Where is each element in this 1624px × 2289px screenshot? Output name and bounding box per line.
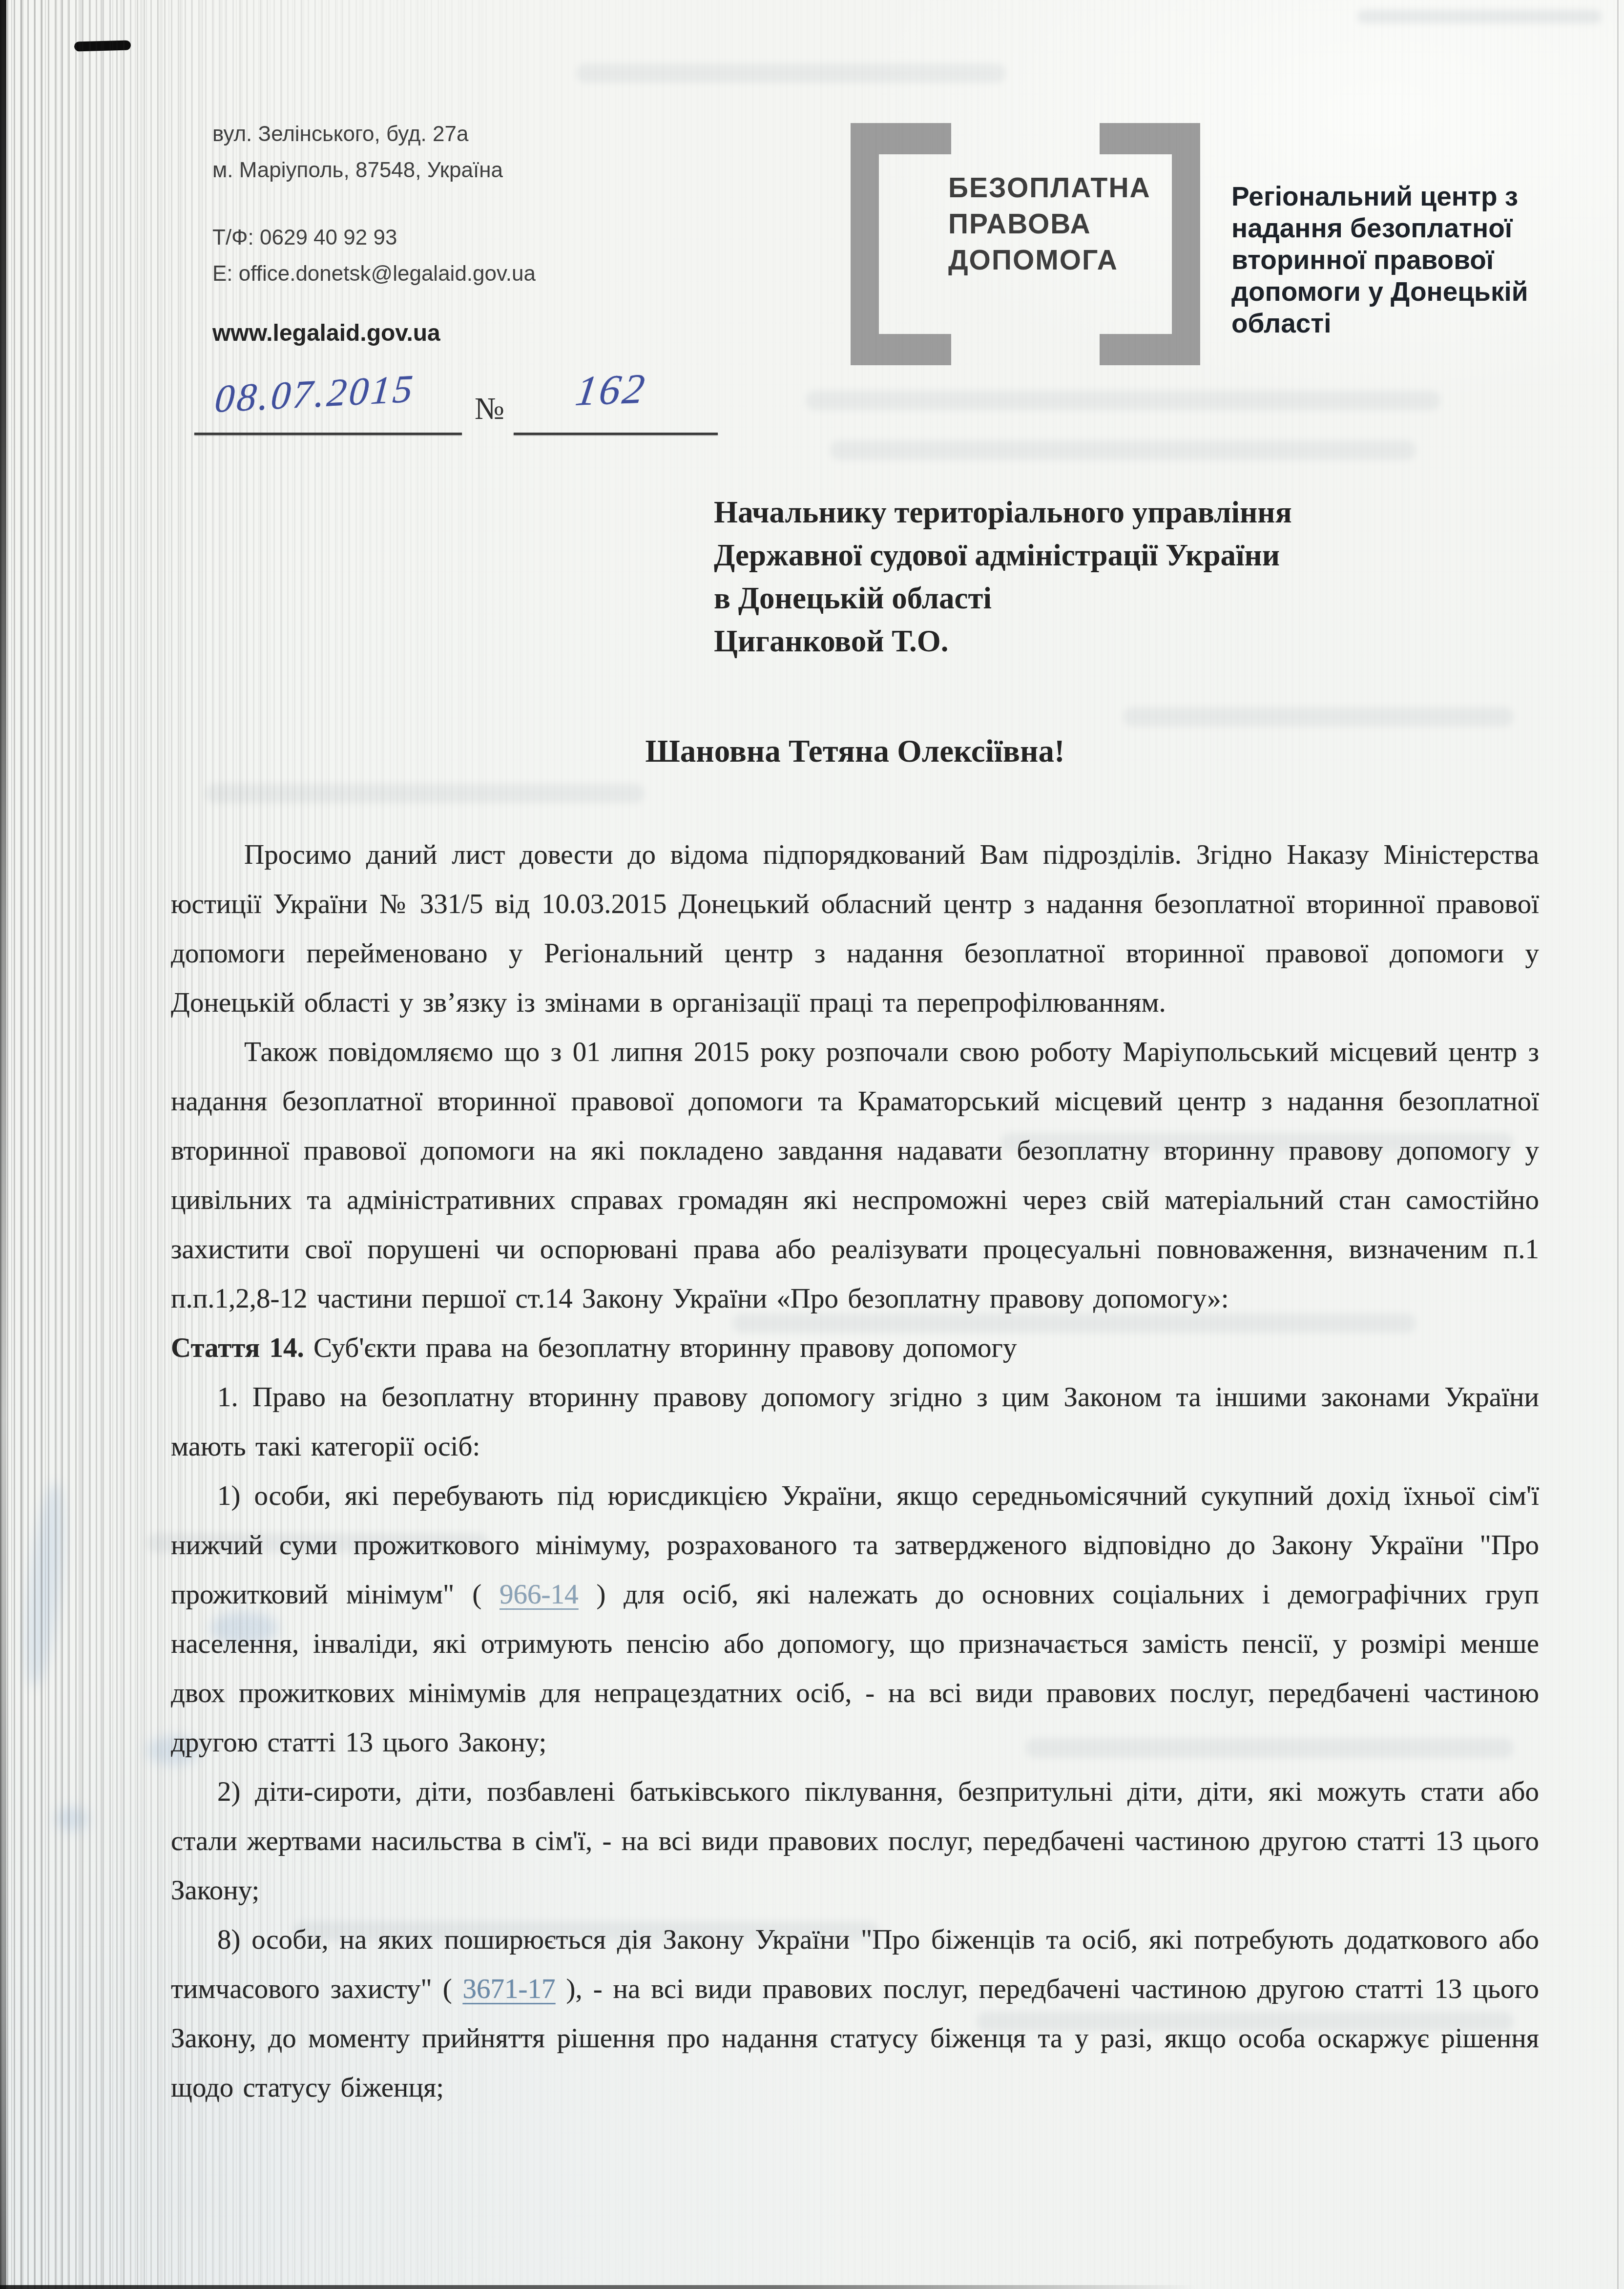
logo-line: БЕЗОПЛАТНА — [948, 170, 1151, 206]
article-14-item-2: 2) діти-сироти, діти, позбавлені батьків… — [171, 1767, 1539, 1915]
recipient-line: в Донецькій області — [714, 577, 1292, 620]
recipient-line: Начальнику територіального управління — [714, 491, 1292, 534]
law-reference-966-14: 966-14 — [500, 1579, 578, 1610]
handwritten-number: 162 — [573, 364, 650, 416]
organization-name: Регіональний центр з надання безоплатної… — [1231, 181, 1617, 339]
bleed-through-artifact — [576, 63, 1006, 83]
sender-phone: Т/Ф: 0629 40 92 93 — [212, 226, 397, 250]
date-underline — [194, 433, 462, 435]
scan-mark-artifact — [74, 40, 131, 51]
paragraph-rename-notice: Просимо даний лист довести до відома під… — [171, 830, 1539, 1027]
article-14-title: Суб'єкти права на безоплатну вторинну пр… — [304, 1332, 1017, 1363]
letter-body: Просимо даний лист довести до відома під… — [171, 830, 1539, 2112]
article-14-item-8: 8) особи, на яких поширюється дія Закону… — [171, 1915, 1539, 2112]
org-name-line: вторинної правової — [1231, 244, 1617, 276]
article-14-heading: Стаття 14. Суб'єкти права на безоплатну … — [171, 1323, 1539, 1373]
sender-address-line2: м. Маріуполь, 87548, Україна — [212, 158, 503, 183]
number-underline — [514, 433, 718, 435]
article-14-item-1: 1) особи, які перебувають під юрисдикціє… — [171, 1471, 1539, 1767]
article-14-label: Стаття 14. — [171, 1332, 304, 1363]
article-14-intro: 1. Право на безоплатну вторинну правову … — [171, 1373, 1539, 1471]
left-bracket-icon — [851, 123, 951, 365]
ink-smudge-artifact — [55, 1807, 89, 1831]
legal-aid-logo: БЕЗОПЛАТНА ПРАВОВА ДОПОМОГА — [851, 123, 1200, 365]
recipient-block: Начальнику територіального управління Де… — [714, 491, 1292, 663]
org-name-line: Регіональний центр з — [1231, 181, 1617, 212]
handwritten-date: 08.07.2015 — [213, 367, 416, 422]
recipient-line: Циганковой Т.О. — [714, 620, 1292, 663]
ink-smudge-artifact — [19, 1481, 71, 1688]
law-reference-3671-17: 3671-17 — [463, 1974, 556, 2004]
paragraph-new-centers: Також повідомляємо що з 01 липня 2015 ро… — [171, 1027, 1539, 1323]
salutation: Шановна Тетяна Олексіївна! — [171, 733, 1539, 770]
logo-line: ДОПОМОГА — [948, 242, 1151, 278]
bleed-through-artifact — [205, 784, 645, 803]
logo-text: БЕЗОПЛАТНА ПРАВОВА ДОПОМОГА — [948, 170, 1151, 278]
bleed-through-artifact — [1123, 707, 1514, 727]
bleed-through-artifact — [1357, 10, 1602, 23]
scan-edge-artifact — [0, 2285, 1196, 2289]
bleed-through-artifact — [830, 440, 1416, 460]
scan-edge-artifact — [1617, 0, 1619, 2289]
recipient-line: Державної судової адміністрації України — [714, 534, 1292, 577]
scanned-letter-page: вул. Зелінського, буд. 27а м. Маріуполь,… — [0, 0, 1624, 2289]
org-name-line: області — [1231, 308, 1617, 339]
bleed-through-artifact — [806, 391, 1440, 410]
sender-website: www.legalaid.gov.ua — [212, 321, 440, 346]
logo-line: ПРАВОВА — [948, 206, 1151, 242]
org-name-line: допомоги у Донецькій — [1231, 276, 1617, 308]
number-sign: № — [475, 391, 504, 427]
scan-edge-artifact — [0, 0, 6, 2289]
sender-address-line1: вул. Зелінського, буд. 27а — [212, 122, 468, 146]
sender-email: E: office.donetsk@legalaid.gov.ua — [212, 262, 536, 286]
org-name-line: надання безоплатної — [1231, 212, 1617, 244]
